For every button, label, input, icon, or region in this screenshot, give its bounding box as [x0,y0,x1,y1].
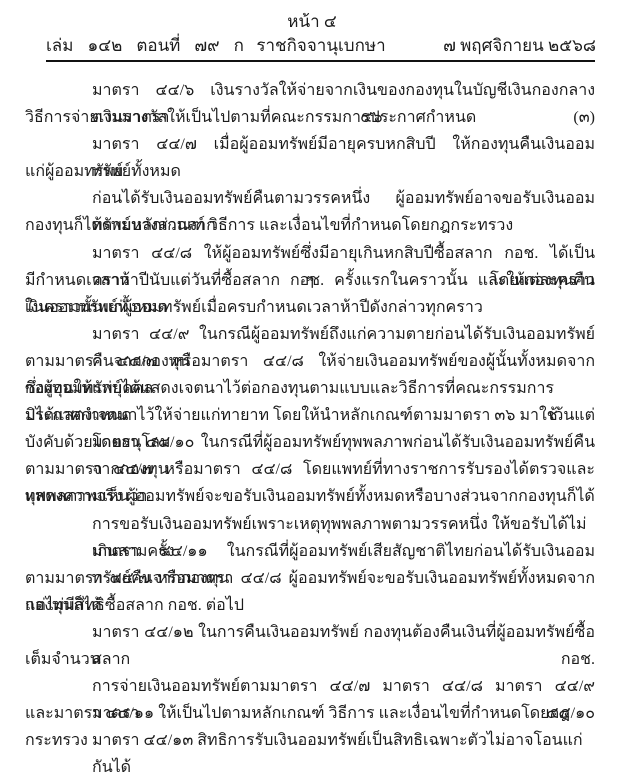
body-line: มาตรา ๔๔/๑๐ ในกรณีที่ผู้ออมทรัพย์ทุพพลภา… [25,429,595,456]
body-line: ตามมาตรา ๔๔/๗ หรือมาตรา ๔๔/๘ โดยแพทย์ที่… [25,456,595,483]
body-line: มีกำหนดเวลาห้าปีนับแต่วันที่ซื้อสลาก กอช… [25,267,595,294]
body-line: ทุพพลภาพจริง ผู้ออมทรัพย์จะขอรับเงินออมท… [25,483,595,510]
body-line: ตามมาตรา ๔๔/๗ หรือมาตรา ๔๔/๘ ผู้ออมทรัพย… [25,565,595,592]
body-line: ตามมาตรา ๔๔/๗ หรือมาตรา ๔๔/๘ ให้จ่ายเงิน… [25,348,595,375]
body-line: มิได้แสดงเจตนาไว้ให้จ่ายแก่ทายาท โดยให้น… [25,402,595,429]
body-line: ก่อนได้รับเงินออมทรัพย์คืนตามวรรคหนึ่ง ผ… [25,185,595,212]
body-line: แต่ไม่มีสิทธิซื้อสลาก กอช. ต่อไป [25,592,595,619]
body-line: มาตรา ๔๔/๙ ในกรณีผู้ออมทรัพย์ถึงแก่ความต… [25,321,595,348]
body-line: การขอรับเงินออมทรัพย์เพราะเหตุทุพพลภาพตา… [25,511,595,538]
body-line: กองทุนก็ได้ตามหลักเกณฑ์ วิธีการ และเงื่อ… [25,212,595,239]
document-body: มาตรา ๔๔/๖ เงินรางวัลให้จ่ายจากเงินของกอ… [25,77,595,754]
body-line: มาตรา ๔๔/๘ ให้ผู้ออมทรัพย์ซึ่งมีอายุเกิน… [25,240,595,267]
body-line: และมาตรา ๔๔/๑๑ ให้เป็นไปตามหลักเกณฑ์ วิธ… [25,700,595,727]
body-line: มาตรา ๔๔/๑๓ สิทธิการรับเงินออมทรัพย์เป็น… [25,727,595,754]
page-number: หน้า ๔ [0,11,624,33]
body-line: ซึ่งผู้ออมทรัพย์ได้แสดงเจตนาไว้ต่อกองทุน… [25,375,595,402]
body-line: มาตรา ๔๔/๖ เงินรางวัลให้จ่ายจากเงินของกอ… [25,77,595,104]
body-line: มาตรา ๔๔/๗ เมื่อผู้ออมทรัพย์มีอายุครบหกส… [25,131,595,158]
body-line: การจ่ายเงินออมทรัพย์ตามมาตรา ๔๔/๗ มาตรา … [25,673,595,700]
masthead: เล่ม ๑๔๒ ตอนที่ ๗๙ ก ราชกิจจานุเบกษา ๗ พ… [46,35,596,57]
publication-date: ๗ พฤศจิกายน ๒๕๖๘ [443,35,596,57]
body-line: แก่ผู้ออมทรัพย์ [25,158,595,185]
header-rule [46,60,595,62]
body-line: มาตรา ๔๔/๑๑ ในกรณีที่ผู้ออมทรัพย์เสียสัญ… [25,538,595,565]
gazette-page: หน้า ๔ เล่ม ๑๔๒ ตอนที่ ๗๙ ก ราชกิจจานุเบ… [0,0,624,774]
body-line: ในคราวนั้นแก่ผู้ออมทรัพย์เมื่อครบกำหนดเว… [25,294,595,321]
body-line: มาตรา ๔๔/๑๒ ในการคืนเงินออมทรัพย์ กองทุน… [25,619,595,646]
